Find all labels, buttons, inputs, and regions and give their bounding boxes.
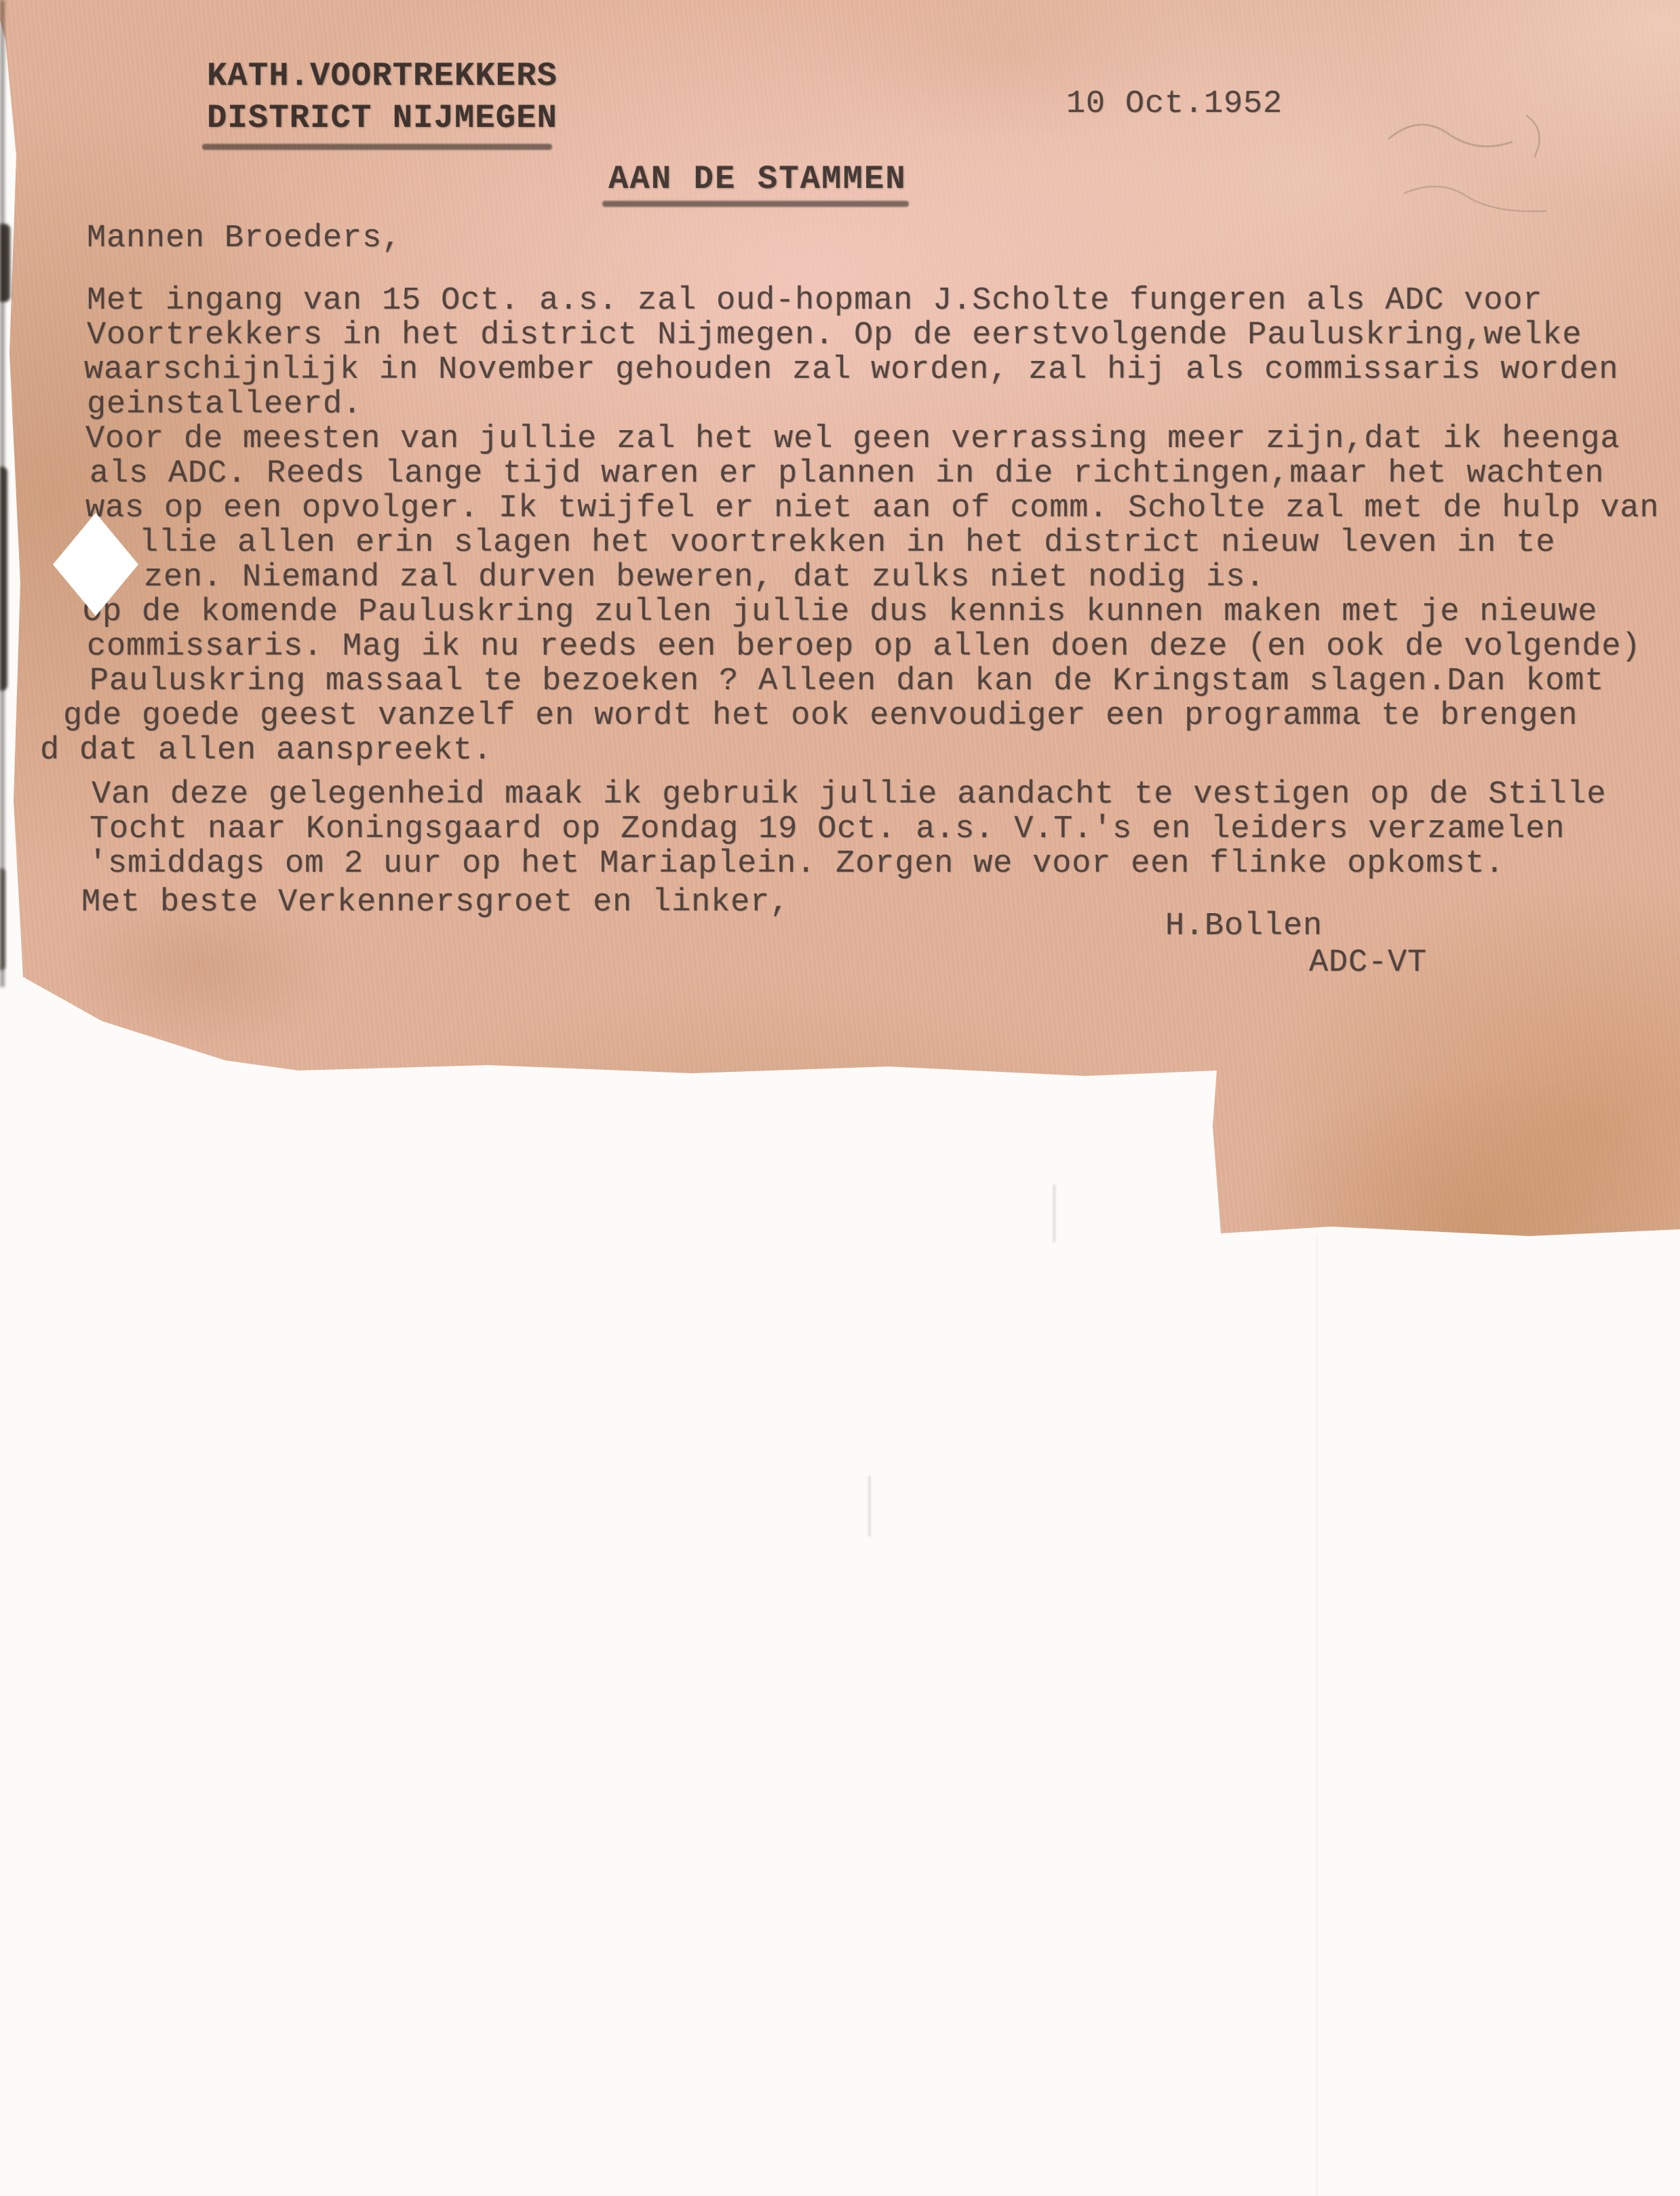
title-underline xyxy=(602,201,909,207)
body-line: Tocht naar Koningsgaard op Zondag 19 Oct… xyxy=(90,812,1565,848)
body-line: Voortrekkers in het district Nijmegen. O… xyxy=(87,318,1582,354)
salutation: Mannen Broeders, xyxy=(87,221,402,257)
body-line: Voor de meesten van jullie zal het wel g… xyxy=(85,422,1620,458)
body-line: zen. Niemand zal durven beweren, dat zul… xyxy=(144,560,1265,596)
pencil-scribbles xyxy=(1380,92,1604,241)
letter-title: AAN DE STAMMEN xyxy=(608,161,907,198)
signature-name: H.Bollen xyxy=(1165,909,1323,945)
date: 10 Oct.1952 xyxy=(1066,87,1283,123)
signature-role: ADC-VT xyxy=(1309,946,1427,982)
letterhead-line1: KATH.VOORTREKKERS xyxy=(207,58,558,95)
body-line: Van deze gelegenheid maak ik gebruik jul… xyxy=(92,777,1606,813)
body-line: llie allen erin slagen het voortrekken i… xyxy=(139,526,1555,562)
scan-streak xyxy=(868,1476,871,1537)
body-line: geinstalleerd. xyxy=(87,387,362,423)
body-line: 'smiddags om 2 uur op het Mariaplein. Zo… xyxy=(88,847,1504,883)
body-line: Met ingang van 15 Oct. a.s. zal oud-hopm… xyxy=(87,284,1542,320)
body-line: was op een opvolger. Ik twijfel er niet … xyxy=(85,491,1659,527)
scan-streak xyxy=(1316,1235,1318,2196)
scan-edge-artifact xyxy=(0,224,10,302)
body-line: Pauluskring massaal te bezoeken ? Alleen… xyxy=(90,664,1604,700)
scan-edge-artifact xyxy=(0,868,5,970)
letterhead-underline xyxy=(202,144,552,150)
body-line: waarschijnlijk in November gehouden zal … xyxy=(84,353,1618,389)
letterhead-line2: DISTRICT NIJMEGEN xyxy=(207,100,558,137)
body-line: Op de komende Pauluskring zullen jullie … xyxy=(83,595,1597,631)
scan-edge-artifact xyxy=(0,467,7,691)
closing-line: Met beste Verkennersgroet en linker, xyxy=(81,885,789,921)
body-line: d dat allen aanspreekt. xyxy=(40,733,492,769)
scanned-letter-page: KATH.VOORTREKKERS DISTRICT NIJMEGEN 10 O… xyxy=(0,0,1680,2196)
body-line: als ADC. Reeds lange tijd waren er plann… xyxy=(90,457,1604,493)
body-line: commissaris. Mag ik nu reeds een beroep … xyxy=(87,630,1641,666)
body-line: gde goede geest vanzelf en wordt het ook… xyxy=(63,699,1578,735)
scan-streak xyxy=(1053,1184,1056,1242)
